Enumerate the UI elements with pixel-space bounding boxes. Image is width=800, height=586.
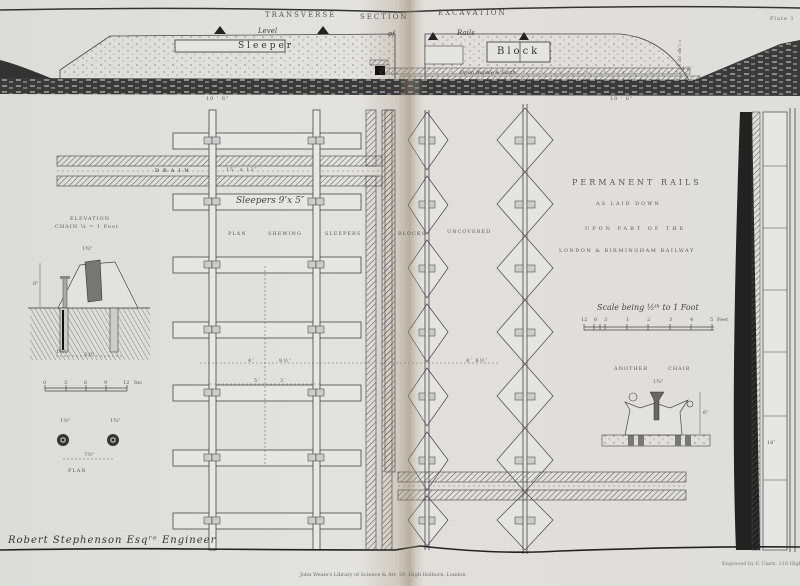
elevation-subtitle: CHAIN ¼ = 1 Foot xyxy=(55,224,119,230)
dim-4ft: 4’ xyxy=(248,358,255,364)
title-as-laid-down: AS LAID DOWN xyxy=(596,201,661,207)
feet-tick-1: 1 xyxy=(626,317,629,323)
another-chair-dim-top: 1¾" xyxy=(653,379,663,385)
plan-dim-right: 1¾" xyxy=(110,418,120,424)
label-uncovered: UNCOVERED xyxy=(447,229,491,235)
feet-scale xyxy=(584,324,714,330)
dim-slope: 12″ xyxy=(682,66,693,72)
feet-tick-5: 5 xyxy=(710,317,713,323)
inch-tick-12: 12 xyxy=(123,380,129,386)
label-sleeper: Sleeper xyxy=(238,41,294,51)
book-gutter xyxy=(398,0,424,586)
label-shewing: SHEWING xyxy=(268,231,302,237)
side-strip xyxy=(734,108,795,552)
inch-tick-9: 9 xyxy=(104,380,107,386)
plan-small-label: PLAN xyxy=(68,468,87,474)
another-chair-title-a: ANOTHER xyxy=(614,366,648,372)
inch-scale-unit: Ins xyxy=(134,380,142,386)
dim-section-left: 10 ' 6" xyxy=(206,96,229,102)
label-block: Block xyxy=(497,46,540,57)
inch-tick-0: 0 xyxy=(43,380,46,386)
dim-section-right: 10 ' 6" xyxy=(610,96,633,102)
dim-gauge: 4’ 8½″ xyxy=(466,358,488,364)
elevation-dim-top: 1¾" xyxy=(82,246,92,252)
another-chair-dim-height: 6" xyxy=(703,410,708,416)
title-permanent: PERMANENT xyxy=(572,178,655,187)
section-title-excavation: EXCAVATION xyxy=(438,9,507,17)
label-plan: PLAN xyxy=(228,231,247,237)
dim-vertical: 3’ 6″ xyxy=(677,45,683,61)
title-railway: LONDON & BIRMINGHAM RAILWAY xyxy=(559,248,695,254)
inch-tick-3: 3 xyxy=(64,380,67,386)
drain-label: DRAIN xyxy=(155,168,193,174)
label-of: of xyxy=(388,30,395,38)
another-chair-title-b: CHAIR xyxy=(668,366,691,372)
label-sleepers: SLEEPERS xyxy=(325,231,361,237)
label-level: Level xyxy=(258,27,277,35)
title-upon-part: UPON PART OF THE xyxy=(585,226,686,232)
label-rails: Rails xyxy=(457,29,475,37)
feet-tick-12: 12 xyxy=(581,317,587,323)
feet-scale-unit: Feet xyxy=(717,317,728,323)
elevation-dim-base: 3.0" xyxy=(84,352,94,358)
side-strip-dim: 18″ xyxy=(767,440,775,446)
engraver-credit: Engraved by F. Clark, 118 High Holborn xyxy=(722,561,800,567)
sleepers-label: Sleepers 9’x 5″ xyxy=(236,196,304,206)
inch-tick-6: 6 xyxy=(84,380,87,386)
feet-scale-caption: Scale being ½ᵗʰ to 1 Foot xyxy=(597,303,699,312)
label-drain-note: Drain Rubble & Earth xyxy=(460,70,516,76)
dim-5ft: 5’ xyxy=(254,378,261,384)
publisher-credit: John Weale's Library of Science & Art, 5… xyxy=(300,572,466,578)
plan-dim-span: 7½" xyxy=(84,452,94,458)
section-title-transverse: TRANSVERSE xyxy=(265,11,336,19)
engineer-credit: Robert Stephenson Esqʳᵉ Engineer xyxy=(8,535,216,546)
section-title-section: SECTION xyxy=(360,13,409,21)
title-rails: RAILS xyxy=(661,178,702,187)
elevation-dim-height: 6" xyxy=(33,281,38,287)
plate-number: Plate 1 xyxy=(770,16,795,22)
elevation-title: ELEVATION xyxy=(70,216,110,222)
sleepers xyxy=(173,133,361,529)
feet-tick-3: 3 xyxy=(604,317,607,323)
chair-elevation xyxy=(28,260,150,360)
label-blocks: BLOCKS xyxy=(398,231,426,237)
feet-tick-4: 4 xyxy=(690,317,693,323)
feet-tick-2: 2 xyxy=(647,317,650,323)
plan-dim-left: 1½" xyxy=(60,418,70,424)
dim-3ft: 3’ xyxy=(280,378,287,384)
dim-8half: 8½″ xyxy=(279,358,292,364)
another-chair xyxy=(602,392,710,446)
engraving-plate: TRANSVERSE SECTION EXCAVATION Level of R… xyxy=(0,0,800,586)
elevation-dim-base-left: 1¾" xyxy=(56,349,66,355)
feet-tick-3b: 3 xyxy=(669,317,672,323)
feet-tick-6: 6 xyxy=(594,317,597,323)
drain-dim: 15″ x 12″ xyxy=(226,167,257,173)
